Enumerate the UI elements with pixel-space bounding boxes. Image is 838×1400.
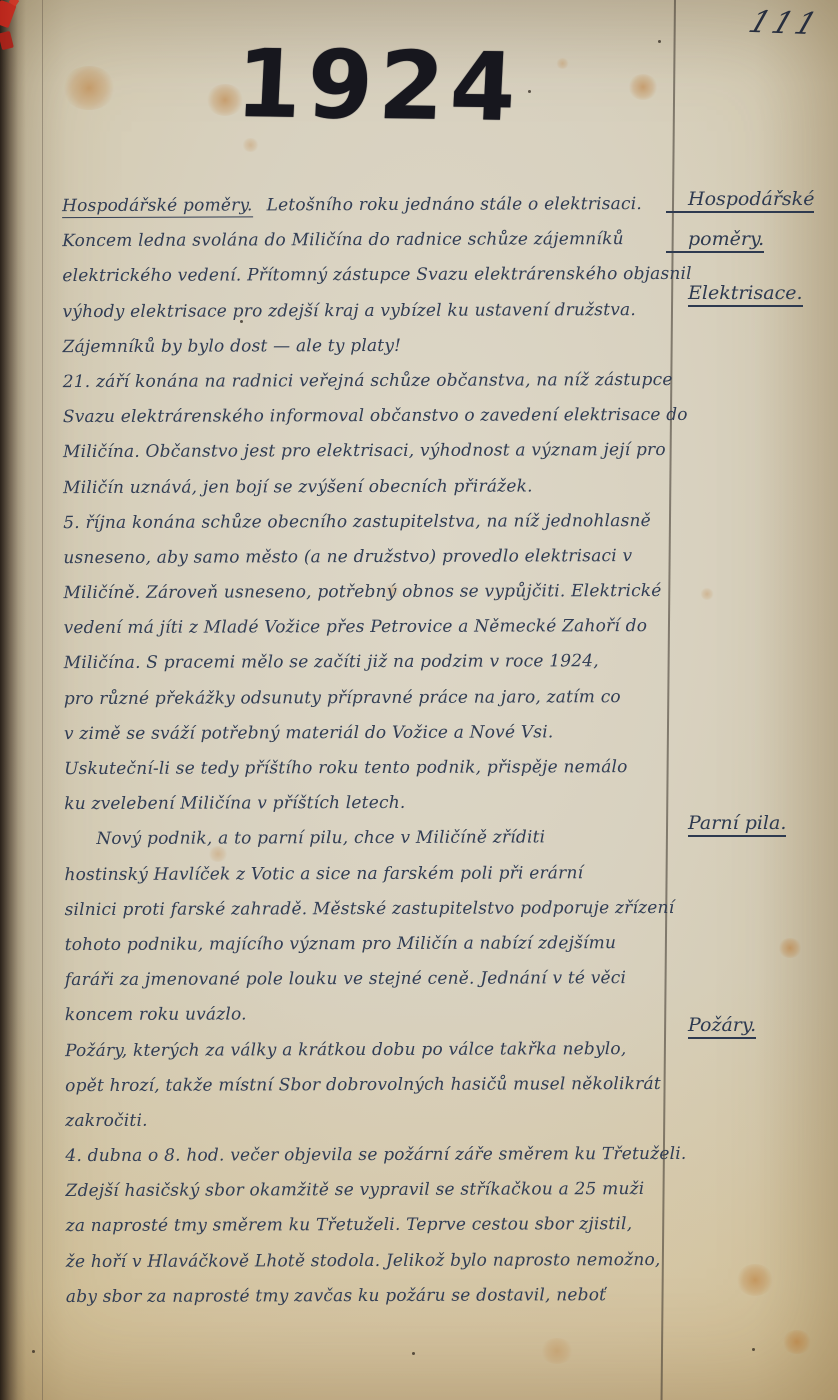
handwritten-line: Hospodářské poměry.Letošního roku jednán… (62, 187, 672, 224)
handwritten-line: Koncem ledna svolána do Miličína do radn… (62, 222, 672, 259)
handwritten-line: Miličína. S pracemi mělo se začíti již n… (64, 644, 674, 681)
handwritten-line: elektrického vedení. Přítomný zástupce S… (62, 257, 672, 294)
paper-stain (628, 74, 658, 100)
chronicle-page-scan: 111 1924 Hospodářské poměry. Elektrisace… (0, 0, 838, 1400)
handwritten-line: Uskuteční-li se tedy příštího roku tento… (64, 750, 674, 787)
handwritten-line: usneseno, aby samo město (a ne družstvo)… (63, 539, 673, 576)
left-ruled-line (42, 0, 43, 1400)
margin-note-elektrisace: Elektrisace. (688, 282, 803, 307)
handwritten-line: v zimě se sváží potřebný materiál do Vož… (64, 715, 674, 752)
paper-stain (700, 588, 714, 600)
handwritten-body: Hospodářské poměry.Letošního roku jednán… (62, 187, 676, 1315)
handwritten-line: pro různé překážky odsunuty přípravné pr… (64, 680, 674, 717)
book-binding-shadow (0, 0, 26, 1400)
handwritten-line: 21. září konána na radnici veřejná schůz… (63, 363, 673, 400)
paper-speck (658, 40, 661, 43)
handwritten-line: 5. října konána schůze obecního zastupit… (63, 504, 673, 541)
handwritten-line: Zájemníků by bylo dost — ale ty platy! (63, 328, 673, 365)
margin-note-text: poměry. (666, 228, 764, 253)
year-heading: 1924 (233, 30, 524, 143)
paper-stain (778, 938, 802, 958)
handwritten-line: silnici proti farské zahradě. Městské za… (64, 891, 674, 928)
handwritten-line: za naprosté tmy směrem ku Třetuželi. Tep… (66, 1207, 676, 1244)
handwritten-line: Miličína. Občanstvo jest pro elektrisaci… (63, 433, 673, 470)
handwritten-line: aby sbor za naprosté tmy zavčas ku požár… (66, 1278, 676, 1315)
page-number: 111 (744, 5, 825, 42)
paper-stain (242, 138, 259, 152)
handwritten-line: Zdejší hasičský sbor okamžitě se vypravi… (65, 1172, 675, 1209)
margin-note-text: Parní pila. (688, 812, 786, 837)
paragraph-heading: Hospodářské poměry. (62, 195, 253, 218)
paper-speck (752, 1348, 755, 1351)
handwritten-line: Svazu elektrárenského informoval občanst… (63, 398, 673, 435)
handwritten-line: Miličíně. Zároveň usneseno, potřebný obn… (63, 574, 673, 611)
paper-stain (782, 1330, 812, 1354)
paper-speck (32, 1350, 35, 1353)
paper-speck (528, 90, 531, 93)
handwritten-line: že hoří v Hlaváčkově Lhotě stodola. Jeli… (66, 1243, 676, 1280)
handwritten-line: faráři za jmenované pole louku ve stejné… (65, 961, 675, 998)
margin-note-pozary: Požáry. (688, 1014, 756, 1039)
margin-note-hospodarske-pomery: Hospodářské (688, 188, 814, 213)
paper-stain (556, 58, 569, 69)
handwritten-line: tohoto podniku, majícího význam pro Mili… (65, 926, 675, 963)
handwritten-line: Nový podnik, a to parní pilu, chce v Mil… (64, 820, 674, 857)
handwritten-line: ku zvelebení Miličína v příštích letech. (64, 785, 674, 822)
handwritten-line: zakročiti. (65, 1102, 675, 1139)
handwritten-line: Požáry, kterých za války a krátkou dobu … (65, 1031, 675, 1068)
handwritten-line: koncem roku uvázlo. (65, 996, 675, 1033)
margin-note-text: Hospodářské (666, 188, 814, 213)
handwritten-line: výhody elektrisace pro zdejší kraj a vyb… (62, 293, 672, 330)
handwritten-line: hostinský Havlíček z Votic a sice na far… (64, 855, 674, 892)
handwritten-line: 4. dubna o 8. hod. večer objevila se pož… (65, 1137, 675, 1174)
margin-note-hospodarske-pomery: poměry. (688, 228, 764, 253)
handwritten-line: vedení má jíti z Mladé Vožice přes Petro… (64, 609, 674, 646)
handwritten-line: opět hrozí, takže místní Sbor dobrovolný… (65, 1067, 675, 1104)
paper-stain (62, 66, 116, 110)
line-text: Letošního roku jednáno stále o elektrisa… (267, 194, 642, 215)
paper-stain (736, 1264, 774, 1296)
margin-note-text: Požáry. (688, 1014, 756, 1039)
paper-speck (412, 1352, 415, 1355)
handwritten-line: Miličín uznává, jen bojí se zvýšení obec… (63, 468, 673, 505)
margin-note-parni-pila: Parní pila. (688, 812, 786, 837)
paper-stain (540, 1338, 574, 1364)
margin-note-text: Elektrisace. (688, 282, 803, 307)
